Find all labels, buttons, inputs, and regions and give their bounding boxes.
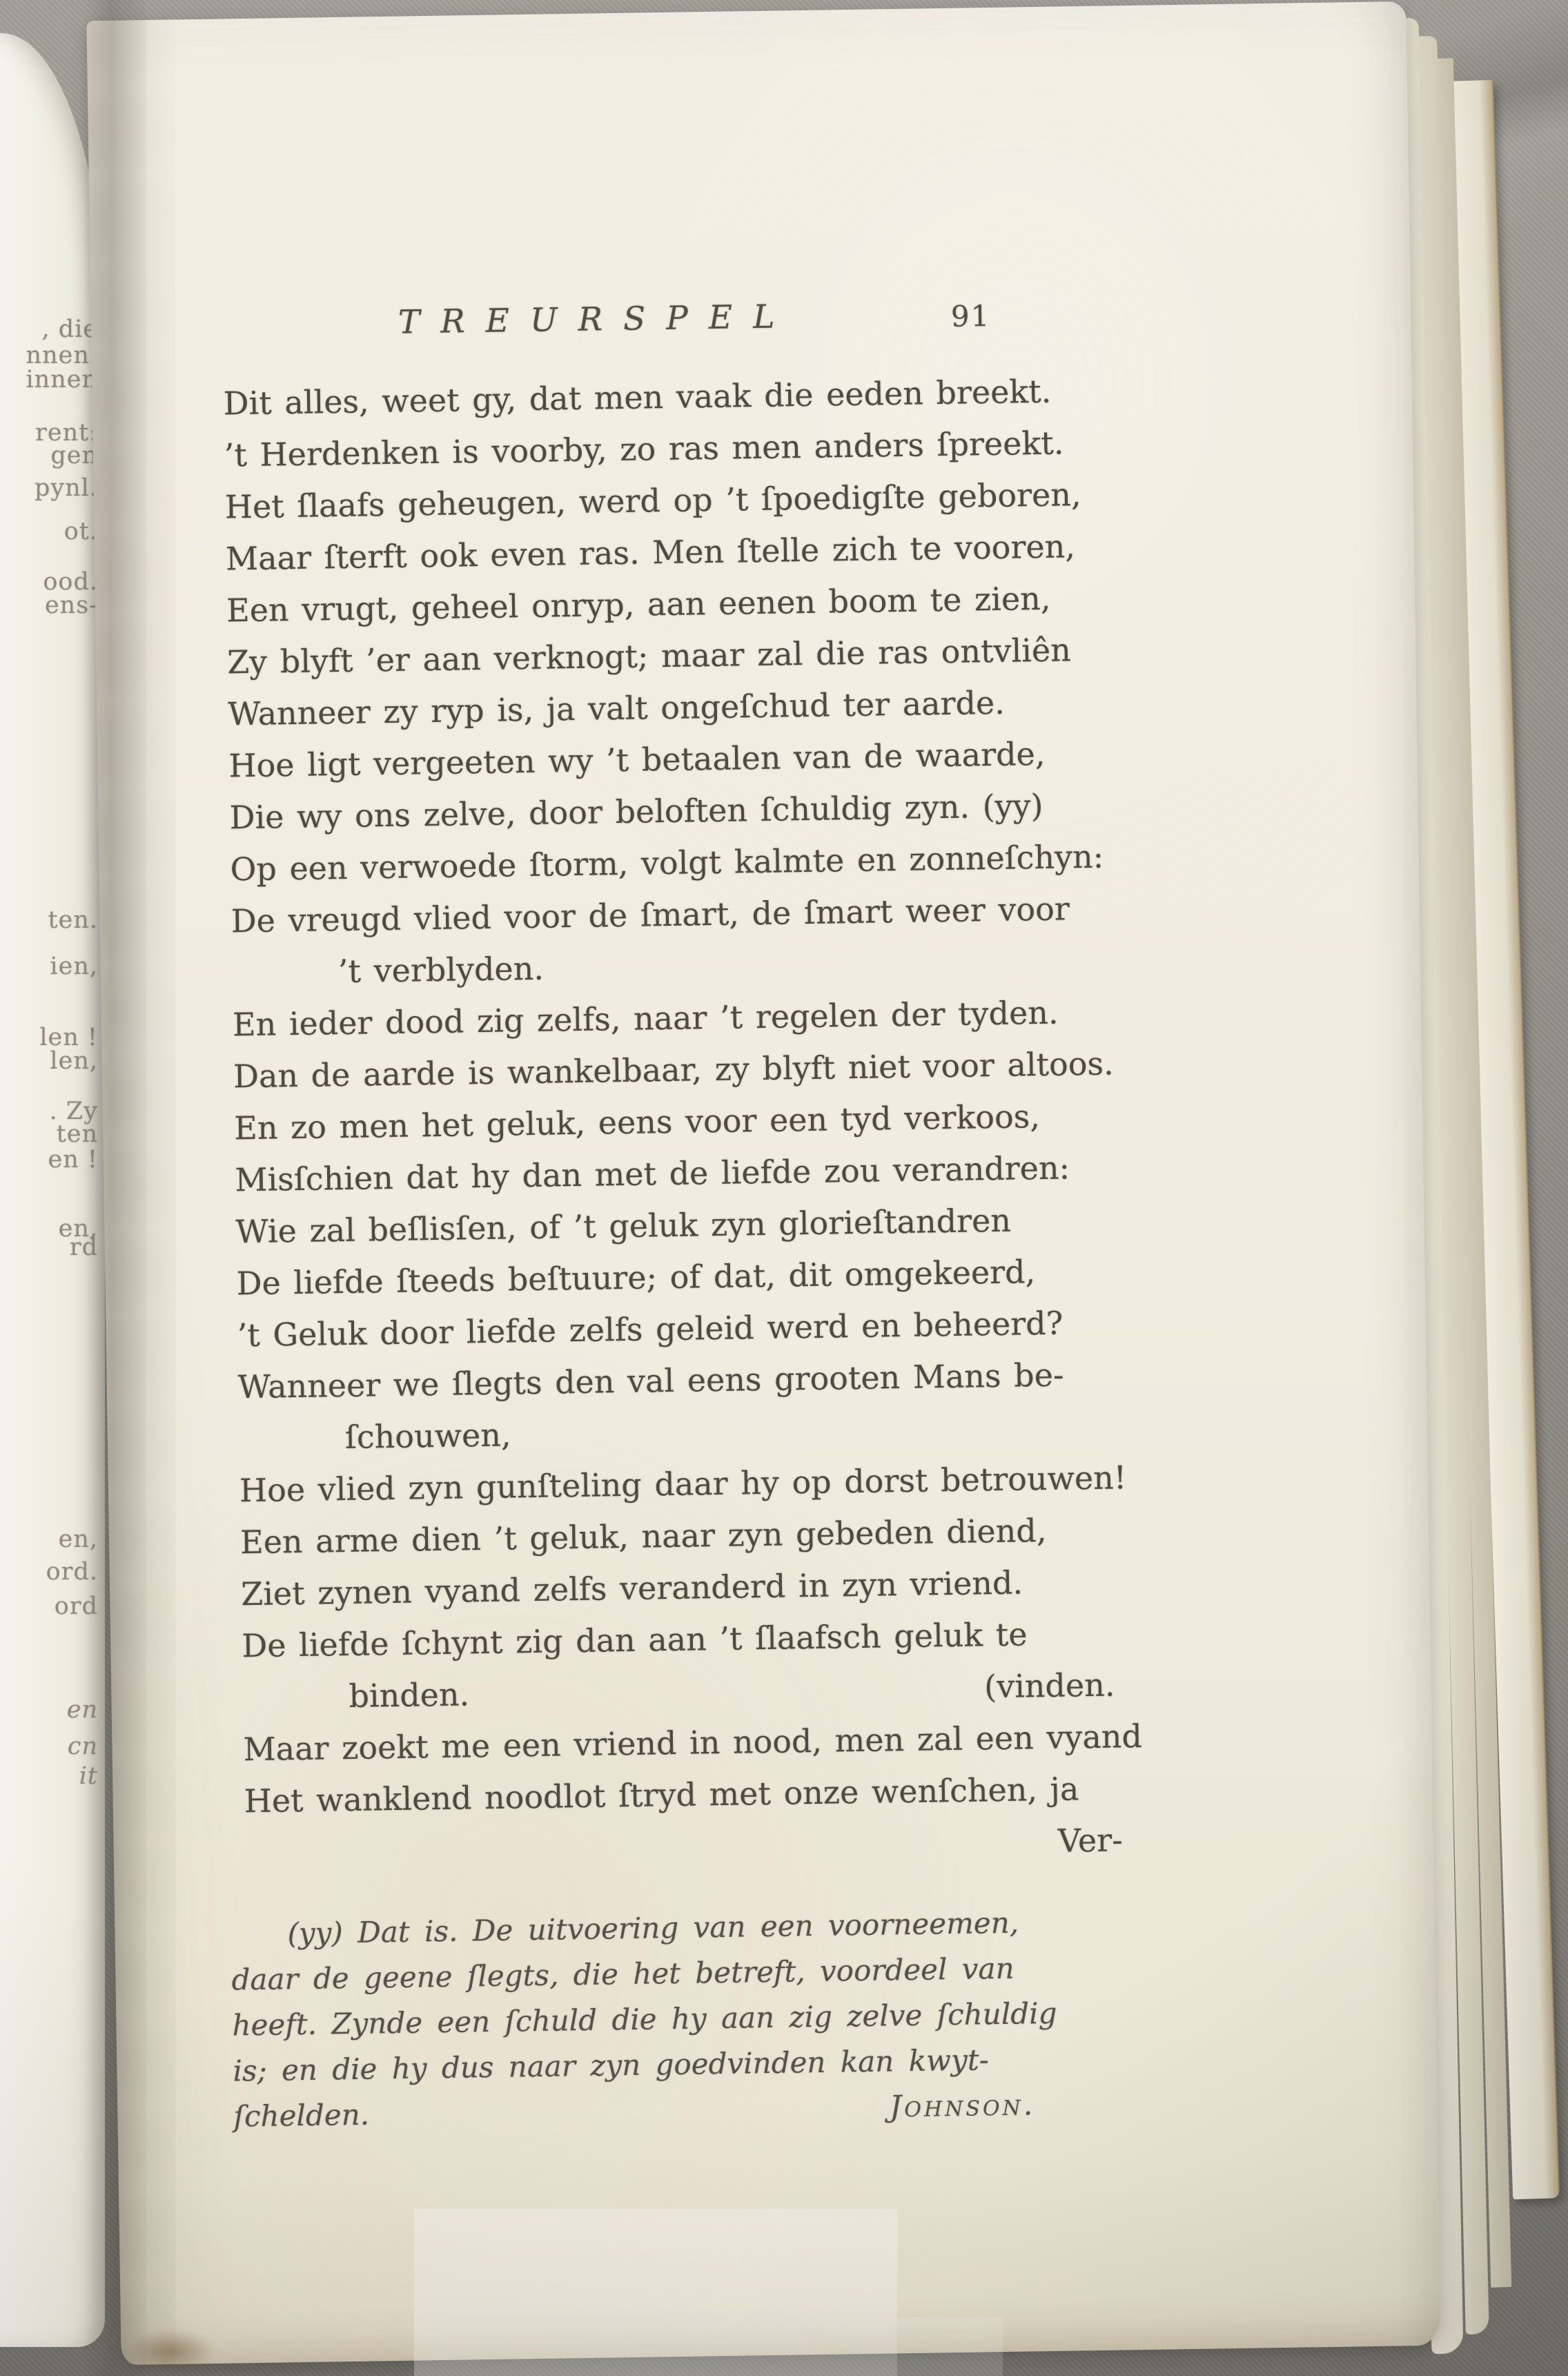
poem-line-left: binden. <box>242 1668 470 1724</box>
photo-artifact <box>897 2317 1003 2376</box>
facing-text-fragment: rd <box>70 1234 98 1261</box>
poem-text: Dit alles, weet gy, dat men vaak die eed… <box>223 364 1142 1879</box>
poem-line-right: (vinden. <box>984 1659 1115 1713</box>
facing-text-fragment: , die <box>41 315 98 343</box>
footnote-last-word: ſchelden. <box>233 2092 370 2140</box>
stain-mark <box>126 2329 215 2373</box>
facing-text-fragment: innen <box>26 366 98 393</box>
facing-text-fragment: ens- <box>45 592 98 619</box>
facing-text-fragment: ten. <box>48 906 98 934</box>
running-title: TREURSPEL <box>398 298 796 342</box>
book-photo: { "header": { "title": "TREURSPEL", "pag… <box>0 0 1568 2376</box>
facing-text-fragment: en ! <box>48 1146 98 1174</box>
facing-text-fragment: en <box>67 1696 98 1724</box>
facing-text-fragment: gen <box>50 442 98 469</box>
footnote: (yy) Dat is. De uitvoering van een voorn… <box>231 1898 1152 2140</box>
facing-text-fragment: ord <box>55 1593 98 1620</box>
facing-text-fragment: ord. <box>46 1558 98 1586</box>
footnote-attribution: Johnson. <box>890 2082 1036 2130</box>
facing-text-fragment: ien, <box>50 953 98 980</box>
page-number: 91 <box>951 299 991 333</box>
page-header: TREURSPEL 91 <box>222 293 1120 361</box>
facing-text-fragment: len, <box>50 1047 98 1075</box>
book-page: TREURSPEL 91 Dit alles, weet gy, dat men… <box>86 1 1440 2365</box>
facing-text-fragment: en, <box>59 1526 98 1553</box>
facing-text-fragment: it <box>79 1762 98 1790</box>
facing-text-fragment: cn <box>68 1733 98 1760</box>
facing-text-fragment: pynl. <box>35 474 98 502</box>
facing-page-edge: , diennen.innenrent:genpynl.ot.ood.ens-t… <box>0 33 105 2347</box>
facing-text-fragment: ot. <box>64 518 98 545</box>
facing-text-fragment: nnen. <box>26 342 98 369</box>
photo-artifact <box>414 2209 897 2376</box>
facing-text-fragment: ten <box>57 1120 98 1148</box>
